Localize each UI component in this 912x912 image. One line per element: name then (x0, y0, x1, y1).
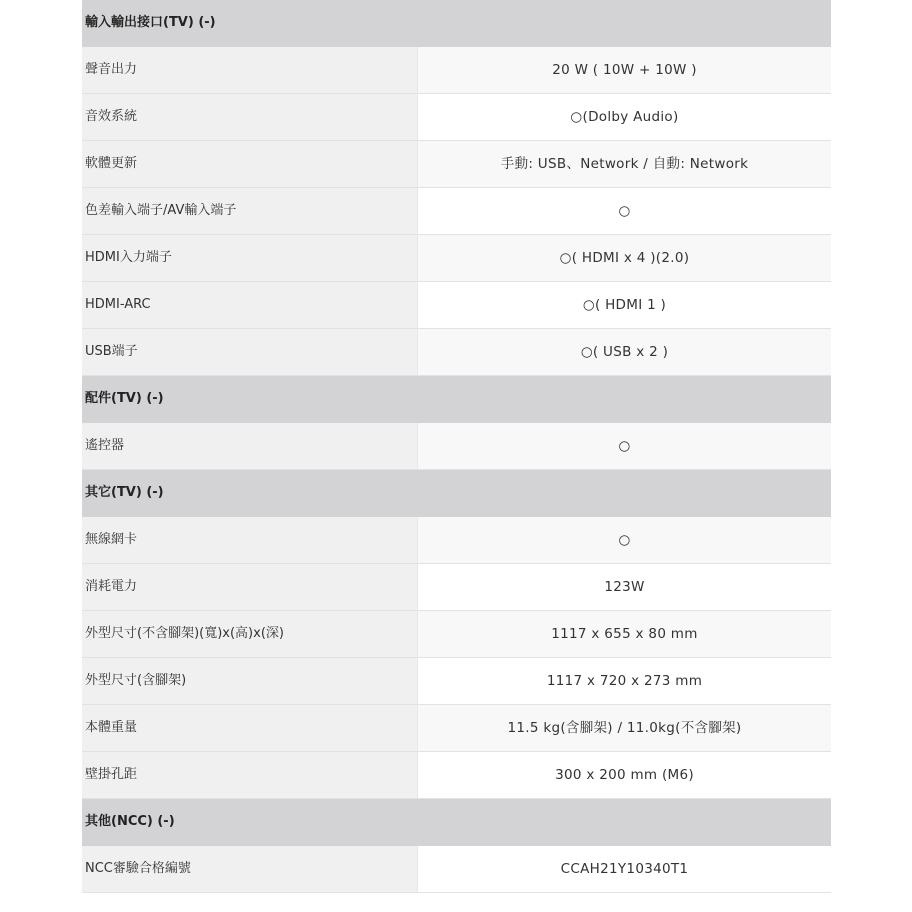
section-title: 輸入輸出接口(TV) (-) (82, 0, 216, 46)
spec-row: 軟體更新 手動: USB、Network / 自動: Network (82, 141, 831, 188)
spec-value: ○ (418, 188, 831, 234)
spec-label: USB端子 (82, 329, 418, 375)
spec-label: 消耗電力 (82, 564, 418, 610)
spec-value: 1117 x 720 x 273 mm (418, 658, 831, 704)
spec-row: 色差輸入端子/AV輸入端子 ○ (82, 188, 831, 235)
section-title: 其它(TV) (-) (82, 470, 164, 516)
spec-label: 無線網卡 (82, 517, 418, 563)
spec-value: 20 W ( 10W + 10W ) (418, 47, 831, 93)
spec-row: 音效系統 ○(Dolby Audio) (82, 94, 831, 141)
spec-row: USB端子 ○( USB x 2 ) (82, 329, 831, 376)
spec-row: 消耗電力 123W (82, 564, 831, 611)
spec-label: 軟體更新 (82, 141, 418, 187)
spec-value: CCAH21Y10340T1 (418, 846, 831, 892)
spec-value: 300 x 200 mm (M6) (418, 752, 831, 798)
section-header-ncc: 其他(NCC) (-) (82, 799, 831, 846)
spec-value: 手動: USB、Network / 自動: Network (418, 141, 831, 187)
spec-label: HDMI入力端子 (82, 235, 418, 281)
spec-row: 遙控器 ○ (82, 423, 831, 470)
section-header-accessories: 配件(TV) (-) (82, 376, 831, 423)
spec-row: 壁掛孔距 300 x 200 mm (M6) (82, 752, 831, 799)
spec-label: 壁掛孔距 (82, 752, 418, 798)
spec-label: 外型尺寸(不含腳架)(寬)x(高)x(深) (82, 611, 418, 657)
spec-label: 色差輸入端子/AV輸入端子 (82, 188, 418, 234)
spec-label: 本體重量 (82, 705, 418, 751)
spec-label: HDMI-ARC (82, 282, 418, 328)
spec-value: ○ (418, 423, 831, 469)
section-header-other-tv: 其它(TV) (-) (82, 470, 831, 517)
spec-table: 輸入輸出接口(TV) (-) 聲音出力 20 W ( 10W + 10W ) 音… (82, 0, 831, 893)
spec-row: 外型尺寸(含腳架) 1117 x 720 x 273 mm (82, 658, 831, 705)
spec-label: 音效系統 (82, 94, 418, 140)
spec-label: NCC審驗合格編號 (82, 846, 418, 892)
section-header-io: 輸入輸出接口(TV) (-) (82, 0, 831, 47)
spec-row: HDMI-ARC ○( HDMI 1 ) (82, 282, 831, 329)
spec-row: 本體重量 11.5 kg(含腳架) / 11.0kg(不含腳架) (82, 705, 831, 752)
spec-row: NCC審驗合格編號 CCAH21Y10340T1 (82, 846, 831, 893)
spec-value: ○( HDMI 1 ) (418, 282, 831, 328)
spec-row: HDMI入力端子 ○( HDMI x 4 )(2.0) (82, 235, 831, 282)
spec-value: 11.5 kg(含腳架) / 11.0kg(不含腳架) (418, 705, 831, 751)
spec-value: ○( HDMI x 4 )(2.0) (418, 235, 831, 281)
spec-label: 外型尺寸(含腳架) (82, 658, 418, 704)
spec-value: 1117 x 655 x 80 mm (418, 611, 831, 657)
spec-label: 聲音出力 (82, 47, 418, 93)
spec-row: 無線網卡 ○ (82, 517, 831, 564)
section-title: 配件(TV) (-) (82, 376, 164, 422)
spec-row: 聲音出力 20 W ( 10W + 10W ) (82, 47, 831, 94)
spec-row: 外型尺寸(不含腳架)(寬)x(高)x(深) 1117 x 655 x 80 mm (82, 611, 831, 658)
section-title: 其他(NCC) (-) (82, 799, 175, 845)
spec-value: ○ (418, 517, 831, 563)
spec-value: ○( USB x 2 ) (418, 329, 831, 375)
spec-label: 遙控器 (82, 423, 418, 469)
spec-value: 123W (418, 564, 831, 610)
spec-value: ○(Dolby Audio) (418, 94, 831, 140)
